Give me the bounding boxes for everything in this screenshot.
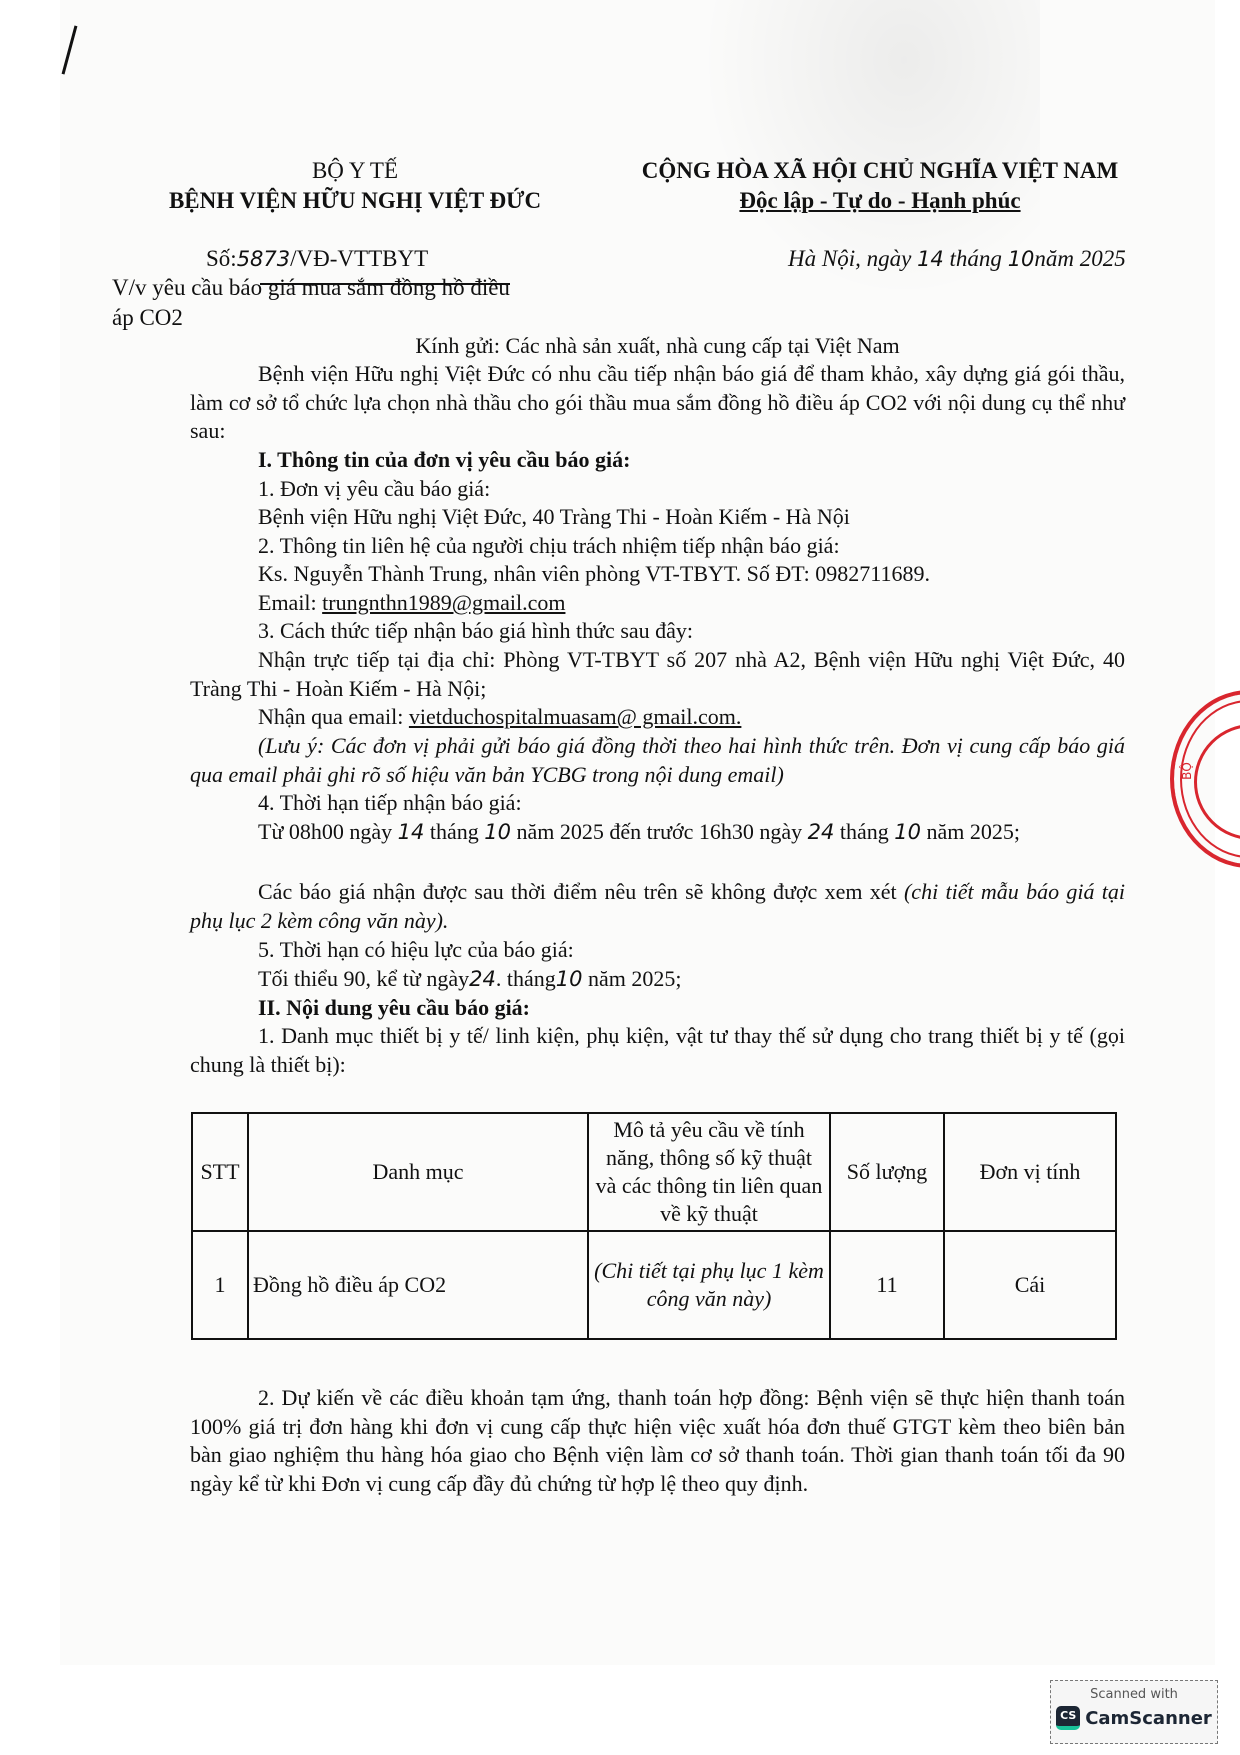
camscanner-badge: Scanned with CS CamScanner: [1050, 1680, 1218, 1744]
item-1-label: 1. Đơn vị yêu cầu báo giá:: [258, 475, 490, 503]
item-3-email-label: Nhận qua email:: [258, 704, 403, 729]
item-2-label: 2. Thông tin liên hệ của người chịu trác…: [258, 532, 840, 560]
item-4-period: Từ 08h00 ngày 14 tháng 10 năm 2025 đến t…: [190, 818, 1125, 847]
date-day: 14: [917, 247, 944, 271]
item-4-text: năm 2025 đến trước 16h30 ngày: [517, 819, 803, 844]
email-line: Email: trungnthn1989@gmail.com: [258, 589, 565, 617]
section-2-item-2: 2. Dự kiến về các điều khoản tạm ứng, th…: [190, 1384, 1125, 1498]
item-5-day: 24: [469, 967, 496, 991]
item-4-label: 4. Thời hạn tiếp nhận báo giá:: [258, 789, 522, 817]
header-description: Mô tả yêu cầu về tính năng, thông số kỹ …: [588, 1113, 830, 1231]
subject-line-2: áp CO2: [112, 304, 183, 332]
item-4-month-start: 10: [484, 820, 511, 844]
ministry-name: BỘ Y TẾ: [130, 157, 580, 185]
date-year: năm 2025: [1034, 246, 1125, 271]
item-5-label: 5. Thời hạn có hiệu lực của báo giá:: [258, 936, 574, 964]
contact-email-link[interactable]: trungnthn1989@gmail.com: [322, 590, 565, 615]
item-4-month-end: 10: [894, 820, 921, 844]
item-3-note: (Lưu ý: Các đơn vị phải gửi báo giá đồng…: [190, 732, 1125, 789]
stamp-text: BỘ: [1180, 762, 1194, 780]
item-5-value: Tối thiểu 90, kể từ ngày24. tháng10 năm …: [258, 965, 681, 993]
badge-caption: Scanned with: [1051, 1687, 1217, 1702]
header-stt: STT: [192, 1113, 248, 1231]
late-notice-text: Các báo giá nhận được sau thời điểm nêu …: [258, 879, 897, 904]
item-4-late-notice: Các báo giá nhận được sau thời điểm nêu …: [190, 878, 1125, 935]
item-3-label: 3. Cách thức tiếp nhận báo giá hình thức…: [258, 617, 693, 645]
header-item: Danh mục: [248, 1113, 588, 1231]
item-4-day-end: 24: [808, 820, 835, 844]
date-month-label: tháng: [950, 246, 1002, 271]
header-quantity: Số lượng: [830, 1113, 944, 1231]
item-5-text: tháng: [507, 966, 556, 991]
date-prefix: Hà Nội, ngày: [788, 246, 911, 271]
email-label: Email:: [258, 590, 317, 615]
cell-description: (Chi tiết tại phụ lục 1 kèm công văn này…: [588, 1231, 830, 1339]
salutation: Kính gửi: Các nhà sản xuất, nhà cung cấp…: [190, 332, 1125, 360]
stamp-inner-ring: [1194, 724, 1240, 840]
doc-number-prefix: Số:: [206, 246, 237, 271]
country-name: CỘNG HÒA XÃ HỘI CHỦ NGHĨA VIỆT NAM: [600, 157, 1160, 185]
item-5-text: Tối thiểu 90, kể từ ngày: [258, 966, 469, 991]
hospital-name: BỆNH VIỆN HỮU NGHỊ VIỆT ĐỨC: [130, 187, 580, 215]
cell-stt: 1: [192, 1231, 248, 1339]
item-4-text: tháng: [430, 819, 479, 844]
item-2-value: Ks. Nguyễn Thành Trung, nhân viên phòng …: [258, 560, 930, 588]
cell-item: Đồng hồ điều áp CO2: [248, 1231, 588, 1339]
header-unit: Đơn vị tính: [944, 1113, 1116, 1231]
item-4-text: tháng: [840, 819, 889, 844]
table-row: 1 Đồng hồ điều áp CO2 (Chi tiết tại phụ …: [192, 1231, 1116, 1339]
equipment-table: STT Danh mục Mô tả yêu cầu về tính năng,…: [191, 1112, 1117, 1340]
doc-number: Số:5873/VĐ-VTTBYT: [206, 245, 428, 273]
badge-brand-name: CamScanner: [1085, 1708, 1212, 1729]
issue-date: Hà Nội, ngày 14 tháng 10năm 2025: [788, 245, 1126, 273]
item-5-text: năm 2025;: [588, 966, 682, 991]
intro-paragraph: Bệnh viện Hữu nghị Việt Đức có nhu cầu t…: [190, 360, 1125, 446]
section-2-item-1: 1. Danh mục thiết bị y tế/ linh kiện, ph…: [190, 1022, 1125, 1079]
date-month: 10: [1008, 247, 1035, 271]
item-1-value: Bệnh viện Hữu nghị Việt Đức, 40 Tràng Th…: [258, 503, 850, 531]
doc-number-suffix: /VĐ-VTTBYT: [290, 246, 428, 271]
badge-brand-row: CS CamScanner: [1051, 1706, 1217, 1730]
item-4-day-start: 14: [398, 820, 425, 844]
doc-number-handwritten: 5873: [237, 247, 290, 271]
submission-email-link[interactable]: vietduchospitalmuasam@ gmail.com.: [409, 704, 741, 729]
section-2-title: II. Nội dung yêu cầu báo giá:: [258, 994, 530, 1022]
section-1-title: I. Thông tin của đơn vị yêu cầu báo giá:: [258, 446, 630, 474]
cell-unit: Cái: [944, 1231, 1116, 1339]
item-3-email-line: Nhận qua email: vietduchospitalmuasam@ g…: [258, 703, 741, 731]
cell-quantity: 11: [830, 1231, 944, 1339]
subject-line-1: V/v yêu cầu báo giá mua sắm đồng hồ điều: [112, 274, 510, 302]
table-header-row: STT Danh mục Mô tả yêu cầu về tính năng,…: [192, 1113, 1116, 1231]
national-motto: Độc lập - Tự do - Hạnh phúc: [600, 187, 1160, 215]
item-5-month: 10: [556, 967, 583, 991]
item-3-direct: Nhận trực tiếp tại địa chỉ: Phòng VT-TBY…: [190, 646, 1125, 703]
item-4-text: năm 2025;: [927, 819, 1021, 844]
item-4-text: Từ 08h00 ngày: [258, 819, 392, 844]
camscanner-logo-icon: CS: [1056, 1706, 1080, 1730]
